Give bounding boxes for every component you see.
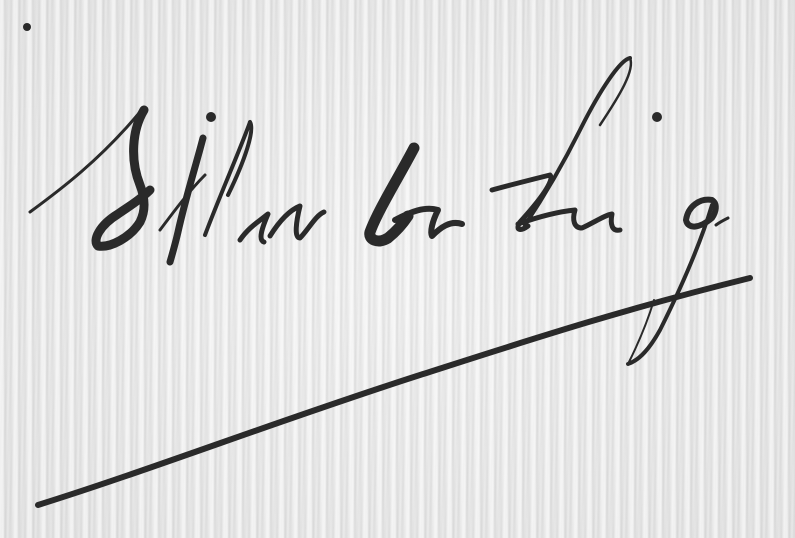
letter-k — [492, 58, 631, 229]
letter-j — [30, 110, 150, 246]
letter-g — [628, 200, 728, 364]
signature — [0, 0, 795, 538]
ink-dot-i — [652, 112, 662, 122]
ink-dot — [23, 23, 31, 31]
letter-n — [270, 206, 324, 238]
underline-flourish — [38, 278, 750, 505]
paper-background: J Weinberg — [0, 0, 795, 538]
letter-b — [370, 148, 414, 241]
letter-w — [160, 122, 251, 262]
